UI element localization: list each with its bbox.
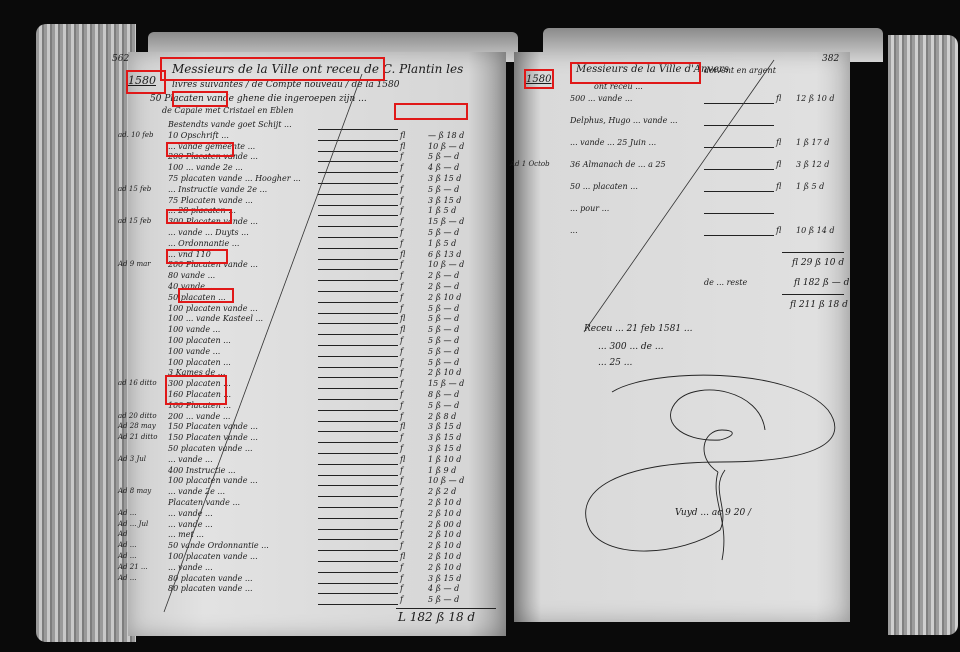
annotation-box-placaten-300: [166, 209, 232, 224]
page-edges-right: [888, 35, 958, 635]
left-page: 562 1580 Messieurs de la Ville ont receu…: [128, 52, 506, 636]
page-edges-left: [36, 24, 136, 642]
annotation-box-placaten-200b: [166, 249, 228, 264]
annotation-box-right-heading: [570, 62, 701, 84]
annotation-box-placaten-160-100: [165, 375, 227, 405]
annotation-box-right-year: [524, 69, 554, 89]
annotation-box-left-amount: [394, 103, 468, 120]
signature-flourish-icon: [560, 370, 860, 570]
annotation-box-left-first-entry: [172, 91, 228, 107]
annotation-box-placaten-200: [166, 142, 234, 157]
annotation-box-left-heading: [160, 57, 385, 81]
annotation-box-placaten-100: [178, 288, 234, 303]
page-number: 562: [112, 54, 129, 64]
row-margin-date: Ad: [118, 530, 128, 538]
cancel-stroke-icon: [128, 52, 506, 636]
signature-text: Vuyd ... ac 9 20 /: [675, 508, 751, 518]
